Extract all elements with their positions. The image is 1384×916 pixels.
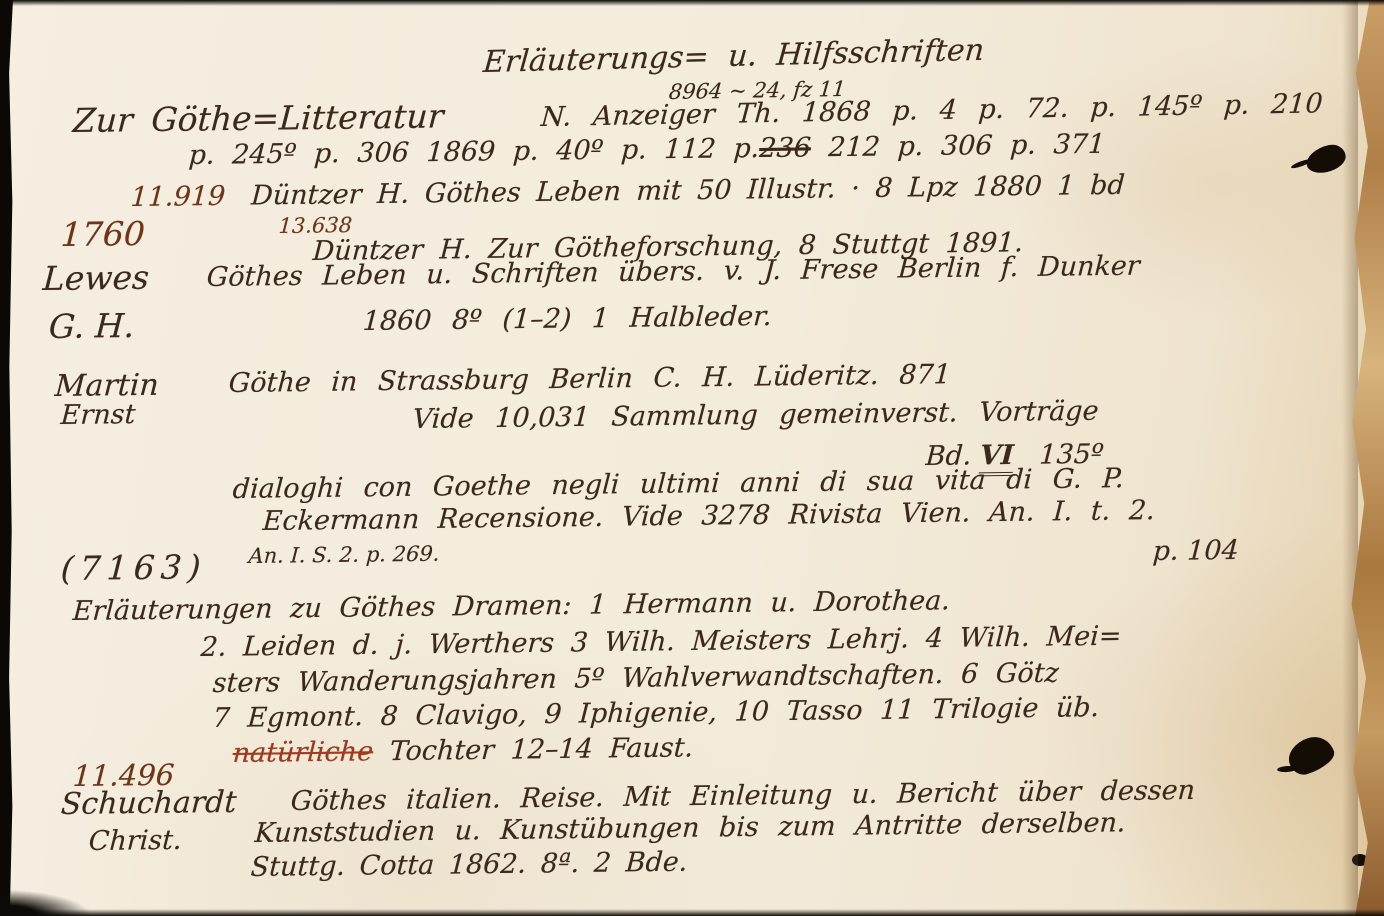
entry-number-1760: 1760 — [60, 217, 146, 251]
author-schuchardt: Schuchardt — [60, 788, 237, 820]
page-top-edge — [0, 0, 1384, 6]
page-104-reference: p. 104 — [1152, 537, 1240, 565]
catalog-line-7163: An. I. S. 2. p. 269. — [248, 544, 440, 567]
author-martin: Martin — [54, 371, 160, 402]
pages-crossed-out: 236 — [758, 132, 811, 164]
catalog-line-martin-2: Vide 10,031 Sammlung gemeinverst. Vorträ… — [412, 398, 1099, 433]
page-corner-shadow — [0, 890, 90, 916]
author-martin-firstname: Ernst — [60, 401, 136, 429]
catalog-line-lewes-2: 1860 8º (1–2) 1 Halbleder. — [362, 303, 773, 335]
author-schuchardt-firstname: Christ. — [88, 827, 182, 855]
entry-number-7163: (7163) — [60, 550, 208, 585]
manuscript-photo: Erläuterungs= u. Hilfsschriften 8964 ~ 2… — [0, 0, 1384, 916]
author-lewes-initials: G. H. — [48, 309, 135, 343]
dramen-4-rest: Tochter 12–14 Faust. — [372, 732, 694, 767]
catalog-line-schuchardt-3: Stuttg. Cotta 1862. 8ª. 2 Bde. — [250, 849, 688, 881]
catalog-line-dramen-4: natürliche Tochter 12–14 Faust. — [232, 734, 694, 767]
section-heading-goethe-literatur: Zur Göthe=Litteratur — [72, 99, 445, 137]
author-lewes: Lewes — [42, 261, 150, 295]
entry-number-13638: 13.638 — [278, 215, 353, 237]
entry-number: 11.919 — [130, 181, 226, 213]
pages-text-b: 212 p. 306 p. 371 — [810, 129, 1106, 164]
corrected-word: natürliche — [232, 736, 374, 769]
page-bottom-edge — [0, 909, 1384, 916]
